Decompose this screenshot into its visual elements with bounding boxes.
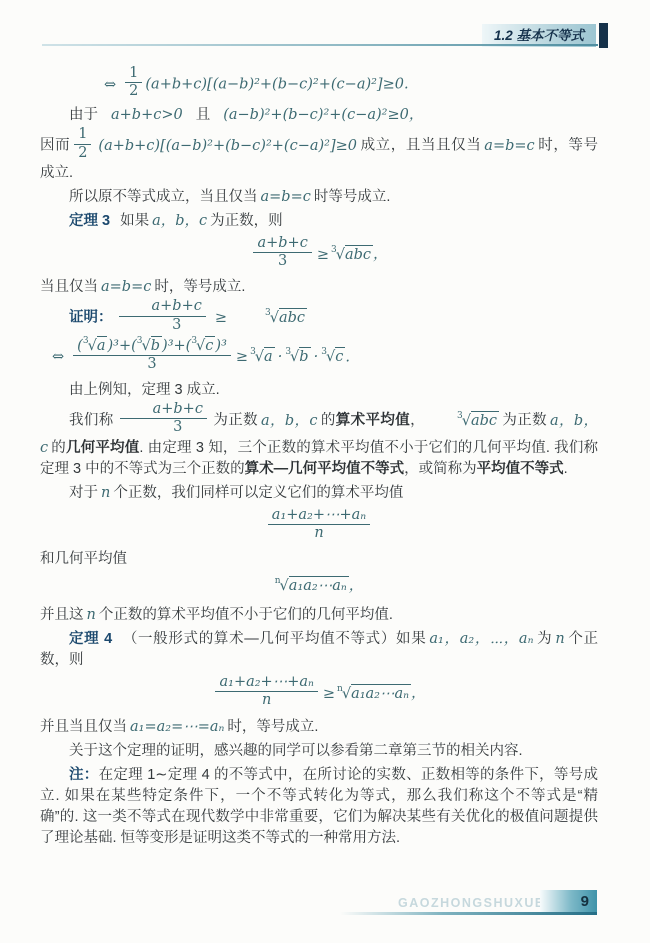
term-mean-inequality: 平均值不等式 <box>477 461 564 477</box>
math-run: a=b=c <box>101 279 151 295</box>
math-run: (a+b+c)[(a−b)²+(b−c)²+(c−a)²]≥0 <box>98 138 357 154</box>
geq-symbol: ≥ <box>215 310 227 326</box>
theorem-3-statement: 定理 3如果a，b，c为正数，则 <box>40 211 598 232</box>
proof-line: 证明：a+b+c3≥3√abc <box>40 301 598 334</box>
geq-symbol: ≥ <box>323 686 335 702</box>
cube-root: 3√abc <box>236 310 307 326</box>
iff-symbol: ⇔ <box>52 349 64 365</box>
page-body: ⇔12(a+b+c)[(a−b)²+(b−c)²+(c−a)²]≥0. 由于a+… <box>40 58 598 852</box>
paragraph-n-mean-relation: 并且这n个正数的算术平均值不小于它们的几何平均值. <box>40 605 598 626</box>
cdot: · <box>314 349 319 365</box>
inline-fraction: a+b+c3 <box>116 310 209 326</box>
theorem-4-label: 定理 4 <box>69 631 112 647</box>
term-geometric-mean: 几何平均值 <box>66 440 139 456</box>
fraction: a₁+a₂+⋯+aₙn <box>215 675 317 708</box>
formula-arithmetic-mean-n: a₁+a₂+⋯+aₙn <box>40 510 598 543</box>
radical-sign: √ <box>326 349 335 365</box>
cube-root: 3√c <box>321 347 345 370</box>
fraction: a₁+a₂+⋯+aₙn <box>268 508 370 541</box>
formula-equivalence-2: ⇔(3√a)³+(3√b)³+(3√c)³3≥3√a·3√b·3√c. <box>52 341 598 374</box>
footer-watermark: GAOZHONGSHUXUE <box>398 893 538 914</box>
formula-theorem-3: a+b+c3≥3√abc， <box>40 238 598 271</box>
paragraph-conclusion: 所以原不等式成立，当且仅当a=b=c时等号成立. <box>40 187 598 208</box>
textbook-page: 1.2 基本不等式 ⇔12(a+b+c)[(a−b)²+(b−c)²+(c−a)… <box>0 0 650 943</box>
paragraph-theorem-4-equality: 并且当且仅当a₁=a₂=⋯=aₙ时，等号成立. <box>40 717 598 738</box>
geq-symbol: ≥ <box>317 247 329 263</box>
paragraph-equality-condition: 当且仅当a=b=c时，等号成立. <box>40 277 598 298</box>
theorem-3-label: 定理 3 <box>69 213 110 229</box>
math-run: n <box>101 485 110 501</box>
cube-root: 3√a <box>250 347 275 370</box>
math-run: n <box>555 631 564 647</box>
cube-root: 3√c <box>191 339 215 354</box>
radical-sign: √ <box>290 349 299 365</box>
math-run: n <box>87 607 96 623</box>
note-paragraph: 注：在定理 1∼定理 4 的不等式中，在所讨论的实数、正数相等的条件下，等号成立… <box>40 765 598 849</box>
math-run: (a−b)²+(b−c)²+(c−a)²≥0， <box>223 107 423 123</box>
radical-sign: √ <box>141 338 150 354</box>
cube-root: 3√b <box>285 347 310 370</box>
nth-root: n√a₁a₂⋯aₙ <box>337 684 411 707</box>
inline-fraction: 12 <box>71 138 94 154</box>
radical-sign: √ <box>342 686 351 702</box>
formula-theorem-4: a₁+a₂+⋯+aₙn≥n√a₁a₂⋯aₙ， <box>40 677 598 710</box>
footer-rule <box>340 912 597 915</box>
math-run: a₁=a₂=⋯=aₙ <box>130 719 224 735</box>
radical-sign: √ <box>270 310 279 326</box>
nth-root: n√a₁a₂⋯aₙ <box>275 576 349 599</box>
cube-root: 3√abc <box>331 245 373 268</box>
formula-equivalence-1: ⇔12(a+b+c)[(a−b)²+(b−c)²+(c−a)²]≥0. <box>104 68 598 101</box>
cube-root: 3√a <box>83 339 108 354</box>
math-run: a，b，c <box>152 213 207 229</box>
theorem-4-statement: 定理 4（一般形式的算术—几何平均值不等式）如果a₁，a₂，⋯，aₙ为n个正数，… <box>40 629 598 671</box>
math-run: a=b=c <box>484 138 534 154</box>
fraction: 12 <box>125 66 142 99</box>
note-label: 注： <box>69 767 99 783</box>
formula-body: (a+b+c)[(a−b)²+(b−c)²+(c−a)²]≥0. <box>145 77 408 93</box>
paragraph-n-numbers: 对于n个正数，我们同样可以定义它们的算术平均值 <box>40 483 598 504</box>
radical-sign: √ <box>196 338 205 354</box>
proof-label: 证明： <box>69 310 113 326</box>
cube-root: 3√abc <box>428 413 499 429</box>
section-title: 1.2 基本不等式 <box>494 25 584 46</box>
header-accent-bar <box>599 23 608 48</box>
paragraph-therefore: 因而12(a+b+c)[(a−b)²+(b−c)²+(c−a)²]≥0成立，且当… <box>40 129 598 183</box>
term-am-gm-inequality: 算术—几何平均值不等式 <box>245 461 405 477</box>
cube-root: 3√b <box>137 339 162 354</box>
term-arithmetic-mean: 算术平均值 <box>336 413 410 429</box>
paragraph-definitions: 我们称a+b+c3为正数a，b，c的算术平均值，3√abc为正数a，b，c的几何… <box>40 404 598 479</box>
page-number-block: 9 <box>540 890 597 912</box>
inline-fraction: a+b+c3 <box>117 413 210 429</box>
iff-symbol: ⇔ <box>104 77 116 93</box>
radical-sign: √ <box>462 413 471 429</box>
geq-symbol: ≥ <box>236 349 248 365</box>
cdot: · <box>278 349 283 365</box>
math-run: a₁，a₂，⋯，aₙ <box>429 631 533 647</box>
math-run: a=b=c <box>261 189 311 205</box>
paragraph-from-example: 由上例知，定理 3 成立. <box>40 380 598 401</box>
math-run: a+b+c>0 <box>111 107 183 123</box>
header-rule <box>42 44 598 46</box>
math-run: a，b，c <box>261 413 318 429</box>
radical-sign: √ <box>255 349 264 365</box>
paragraph-since: 由于a+b+c>0且(a−b)²+(b−c)²+(c−a)²≥0， <box>40 105 598 126</box>
radical-sign: √ <box>336 247 345 263</box>
page-number: 9 <box>581 891 597 912</box>
formula-geometric-mean-n: n√a₁a₂⋯aₙ， <box>40 576 598 599</box>
paragraph-and-geometric-mean: 和几何平均值 <box>40 549 598 570</box>
paragraph-reference: 关于这个定理的证明，感兴趣的同学可以参看第二章第三节的相关内容. <box>40 741 598 762</box>
fraction: (3√a)³+(3√b)³+(3√c)³3 <box>73 339 231 372</box>
fraction: a+b+c3 <box>253 236 311 269</box>
